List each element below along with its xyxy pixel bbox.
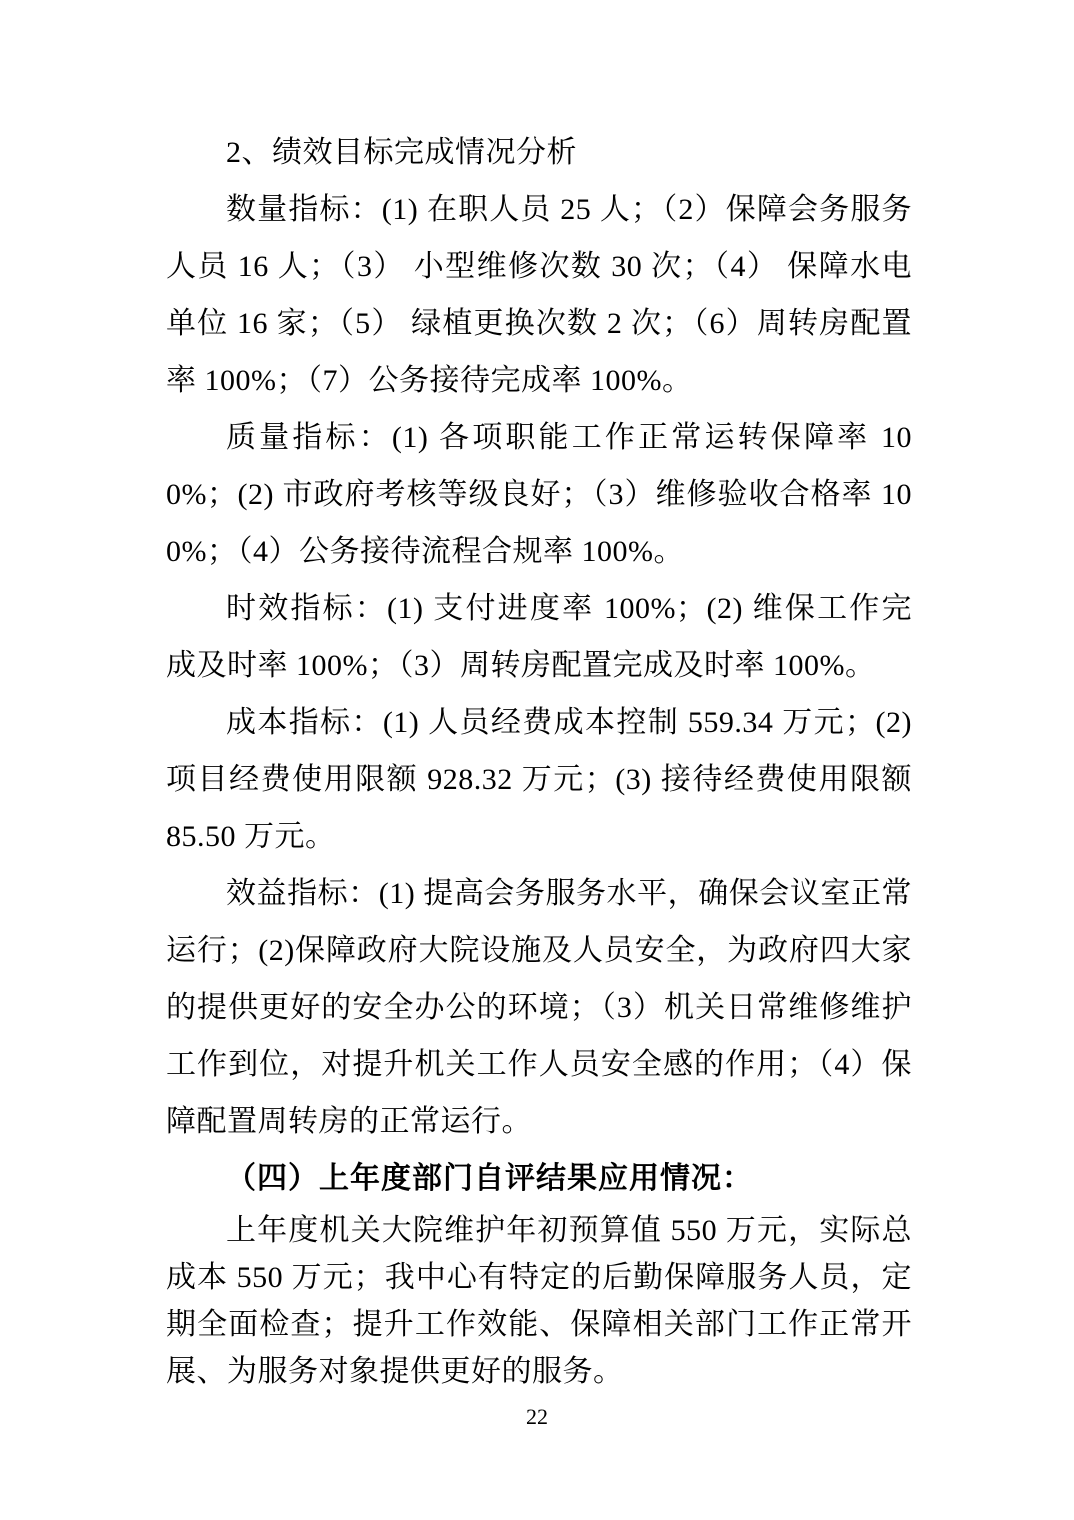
paragraph-quantity-indicators: 数量指标：(1) 在职人员 25 人；（2）保障会务服务人员 16 人；（3） … [166, 181, 912, 409]
paragraph-quality-indicators: 质量指标：(1) 各项职能工作正常运转保障率 100%；(2) 市政府考核等级良… [166, 409, 912, 580]
paragraph-cost-indicators: 成本指标：(1) 人员经费成本控制 559.34 万元；(2) 项目经费使用限额… [166, 694, 912, 865]
paragraph-benefit-indicators: 效益指标：(1) 提高会务服务水平，确保会议室正常运行；(2)保障政府大院设施及… [166, 865, 912, 1150]
document-body: 2、绩效目标完成情况分析 数量指标：(1) 在职人员 25 人；（2）保障会务服… [166, 124, 912, 1395]
page-number: 22 [0, 1402, 1074, 1432]
paragraph-timeliness-indicators: 时效指标：(1) 支付进度率 100%；(2) 维保工作完成及时率 100%；（… [166, 580, 912, 694]
document-page: 2、绩效目标完成情况分析 数量指标：(1) 在职人员 25 人；（2）保障会务服… [0, 0, 1074, 1520]
section-heading: （四）上年度部门自评结果应用情况： [166, 1150, 912, 1207]
paragraph-prior-year-self-evaluation: 上年度机关大院维护年初预算值 550 万元，实际总成本 550 万元；我中心有特… [166, 1207, 912, 1395]
subsection-title: 2、绩效目标完成情况分析 [166, 124, 912, 181]
